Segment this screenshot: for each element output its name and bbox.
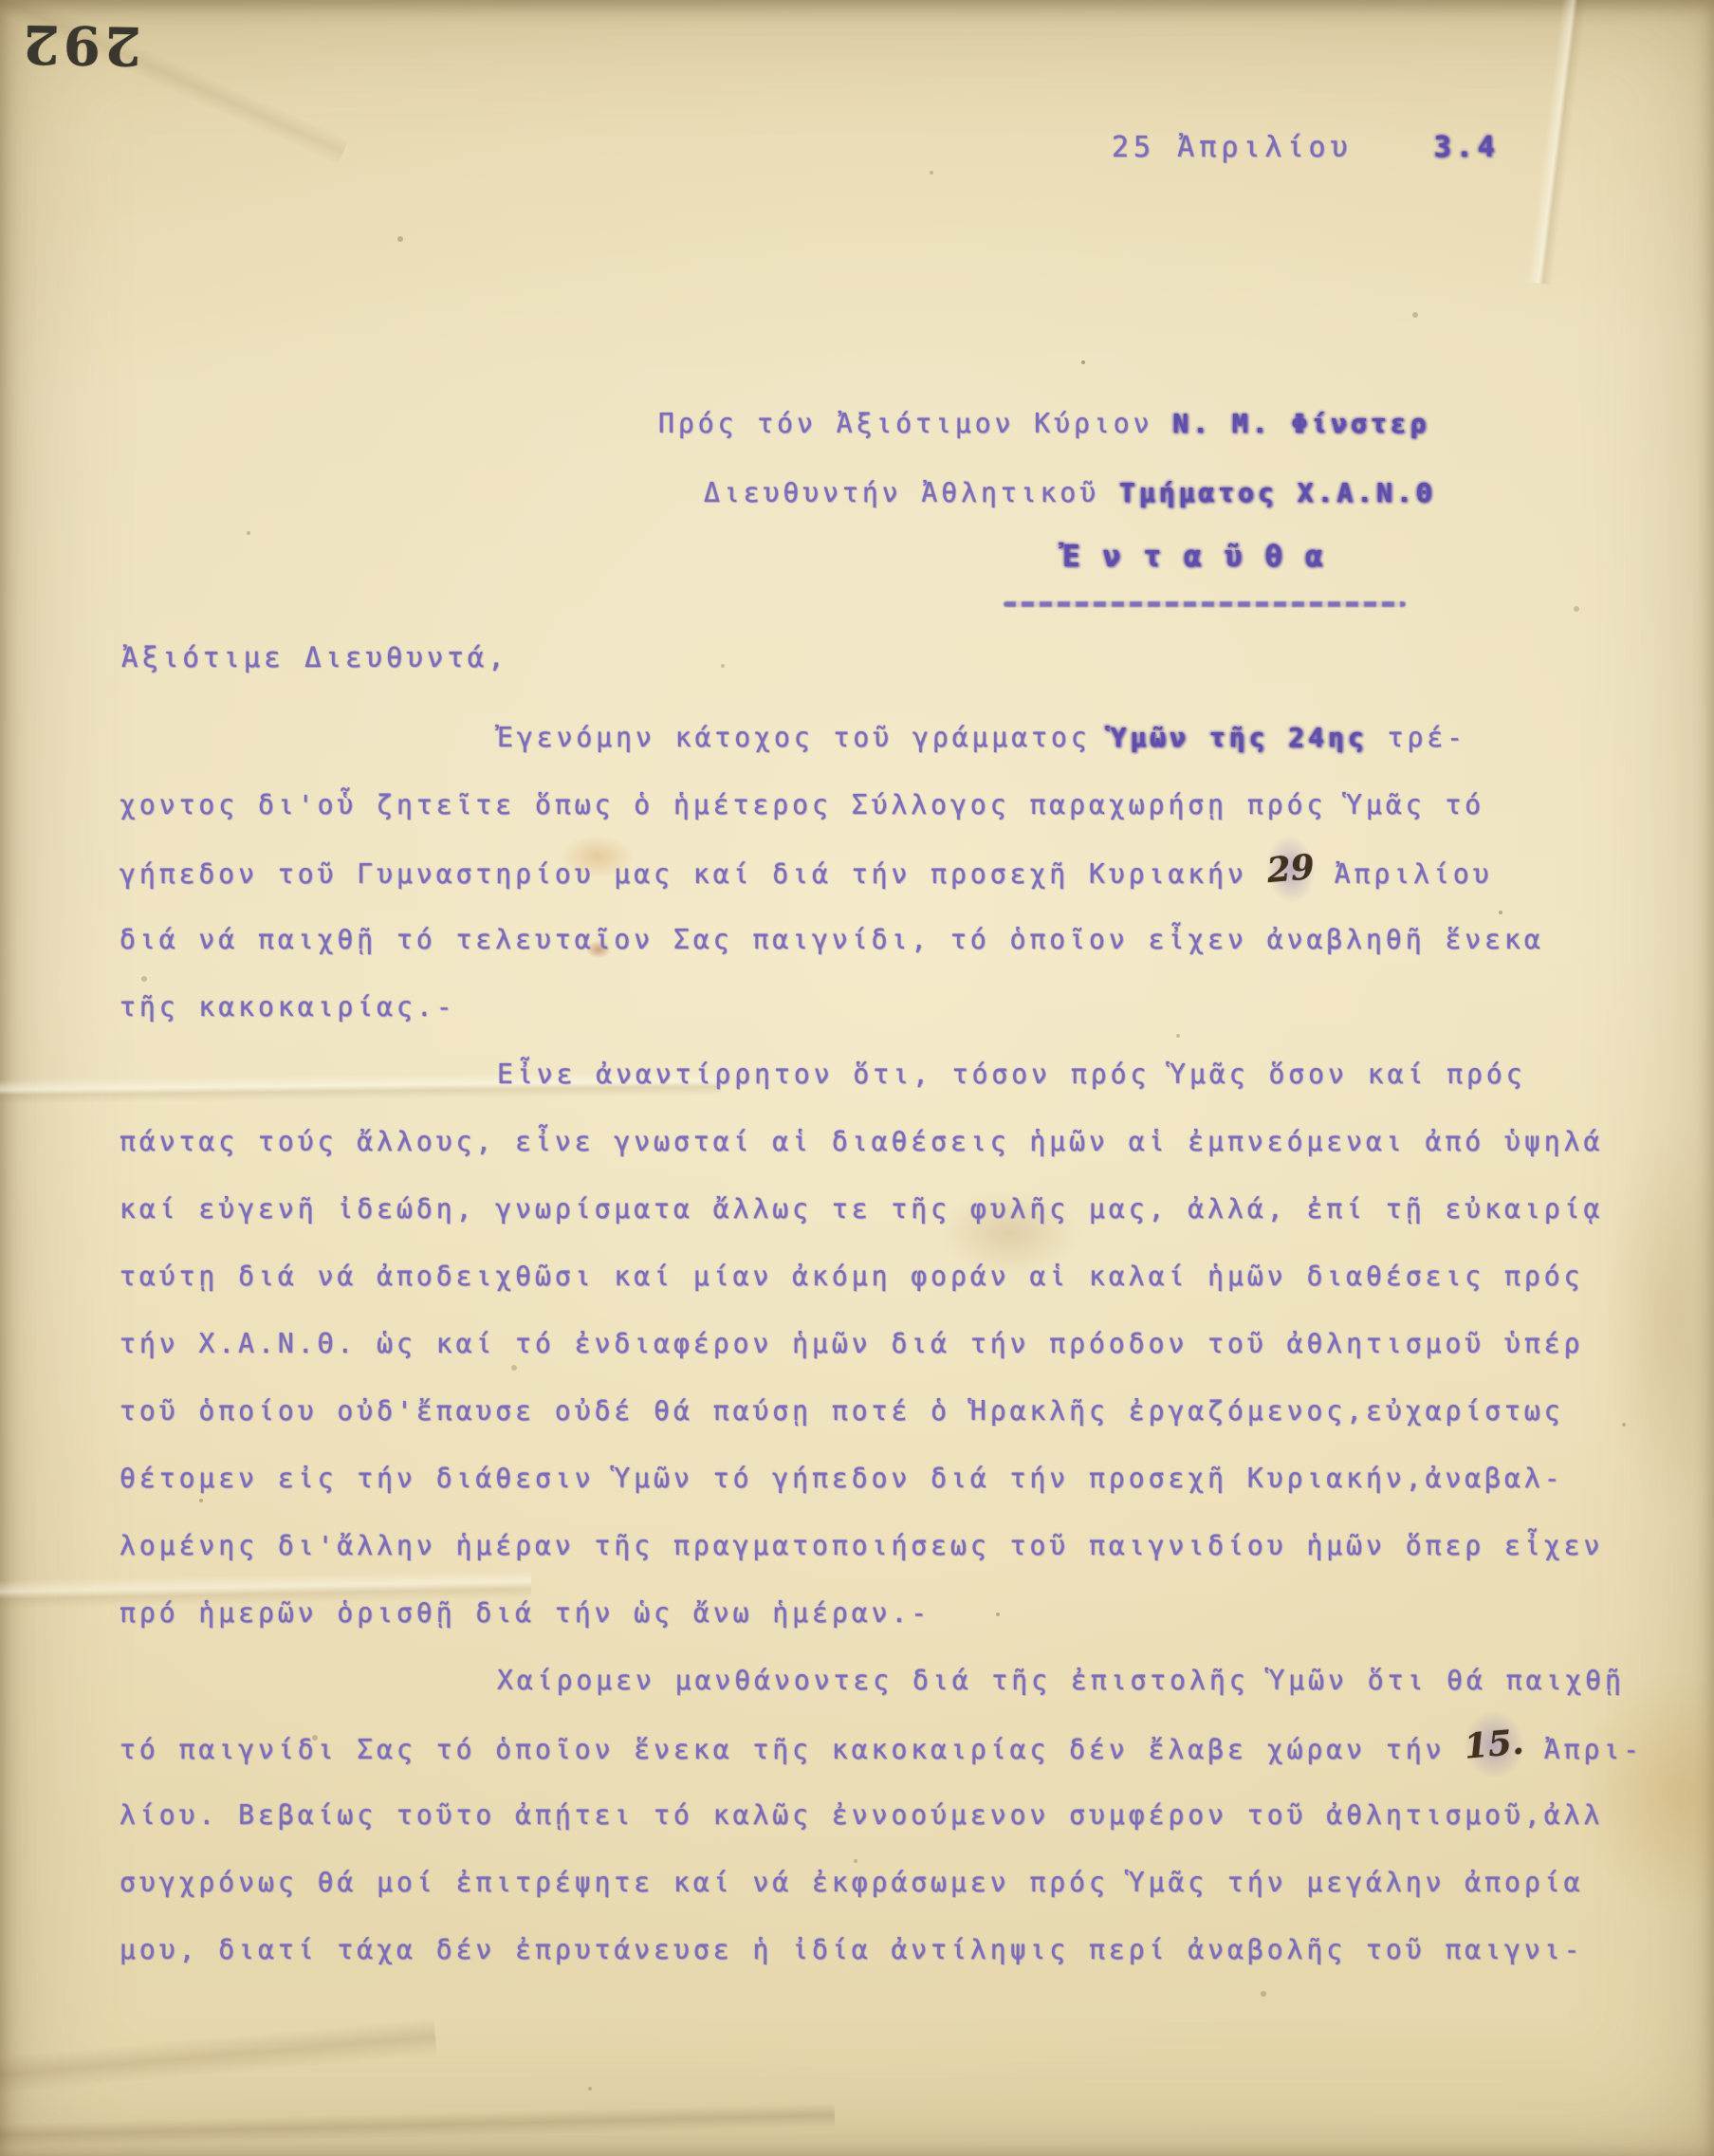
body-line: τῆς κακοκαιρίας.- xyxy=(120,973,1683,1041)
body-text-segment: λομένης δι'ἄλλην ἡμέραν τῆς πραγματοποιή… xyxy=(120,1530,1603,1561)
body-text-segment: μου, διατί τάχα δέν ἐπρυτάνευσε ἡ ἰδία ἀ… xyxy=(120,1934,1583,1965)
scanned-letter-page: 292 25 Ἀπριλίου3.4 Πρός τόν Ἀξιότιμον Κύ… xyxy=(0,0,1714,2156)
body-line: μου, διατί τάχα δέν ἐπρυτάνευσε ἡ ἰδία ἀ… xyxy=(120,1916,1683,1983)
body-line: Χαίρομεν μανθάνοντες διά τῆς ἐπιστολῆς Ὑ… xyxy=(120,1647,1683,1714)
body-line: πάντας τούς ἄλλους, εἶνε γνωσταί αἱ διαθ… xyxy=(120,1108,1683,1175)
body-line: τό παιγνίδι Σας τό ὁποῖον ἕνεκα τῆς κακο… xyxy=(120,1714,1683,1781)
body-line: γήπεδον τοῦ Γυμναστηρίου μας καί διά τήν… xyxy=(120,838,1683,906)
date-line: 25 Ἀπριλίου3.4 xyxy=(1112,131,1500,164)
body-text-segment: χοντος δι'οὗ ζητεῖτε ὅπως ὁ ἡμέτερος Σύλ… xyxy=(120,789,1484,820)
body-text-segment: γήπεδον τοῦ Γυμναστηρίου μας καί διά τήν… xyxy=(120,858,1267,890)
paper-crease xyxy=(0,2018,437,2098)
body-text-segment: τοῦ ὁποίου οὐδ'ἔπαυσε οὐδέ θά παύσῃ ποτέ… xyxy=(120,1395,1564,1427)
recipient-name: Ν. Μ. Φίνστερ xyxy=(1172,408,1429,439)
body-text-segment: συγχρόνως θά μοί ἐπιτρέψητε καί νά ἐκφρά… xyxy=(120,1867,1583,1898)
body-line: τοῦ ὁποίου οὐδ'ἔπαυσε οὐδέ θά παύσῃ ποτέ… xyxy=(120,1377,1683,1445)
body-text-segment: θέτομεν εἰς τήν διάθεσιν Ὑμῶν τό γήπεδον… xyxy=(120,1463,1564,1494)
body-text-segment: διά νά παιχθῇ τό τελευταῖον Σας παιγνίδι… xyxy=(120,924,1544,955)
body-text-segment: καί εὐγενῆ ἰδεώδη, γνωρίσματα ἄλλως τε τ… xyxy=(120,1193,1603,1225)
body-text-segment: πρό ἡμερῶν ὁρισθῇ διά τήν ὡς ἄνω ἡμέραν.… xyxy=(120,1597,931,1629)
paper-crease xyxy=(0,2103,835,2148)
body-line: χοντος δι'οὗ ζητεῖτε ὅπως ὁ ἡμέτερος Σύλ… xyxy=(120,771,1683,838)
recipient-organization: Τμήματος Χ.Α.Ν.Θ xyxy=(1119,477,1436,508)
body-line: διά νά παιχθῇ τό τελευταῖον Σας παιγνίδι… xyxy=(120,906,1683,973)
recipient-line-1: Πρός τόν Ἀξιότιμον Κύριον Ν. Μ. Φίνστερ xyxy=(658,408,1429,439)
body-text-segment: Χαίρομεν μανθάνοντες διά τῆς ἐπιστολῆς Ὑ… xyxy=(497,1665,1625,1696)
body-text-segment: Εἶνε ἀναντίρρητον ὅτι, τόσον πρός Ὑμᾶς ὅ… xyxy=(497,1059,1526,1090)
body-text-segment: λίου. Βεβαίως τοῦτο ἀπῄτει τό καλῶς ἐννο… xyxy=(120,1799,1603,1831)
body-text-segment: ταύτῃ διά νά ἀποδειχθῶσι καί μίαν ἀκόμη … xyxy=(120,1261,1583,1292)
recipient-line-2: Διευθυντήν Ἀθλητικοῦ Τμήματος Χ.Α.Ν.Θ xyxy=(704,477,1436,508)
overstruck-text: Ὑμῶν τῆς 24ης xyxy=(1111,722,1368,753)
handwritten-date-correction: 15. xyxy=(1462,1708,1527,1780)
paper-speckles xyxy=(0,0,4,4)
handwritten-date-correction: 29 xyxy=(1263,834,1317,905)
body-text-segment: τήν Χ.Α.Ν.Θ. ὡς καί τό ἐνδιαφέρον ἡμῶν δ… xyxy=(120,1328,1583,1359)
body-line: Ἐγενόμην κάτοχος τοῦ γράμματος Ὑμῶν τῆς … xyxy=(120,704,1683,771)
recipient-location: Ἐνταῦθα xyxy=(1062,540,1346,574)
body-line: ταύτῃ διά νά ἀποδειχθῶσι καί μίαν ἀκόμη … xyxy=(120,1243,1683,1310)
body-text-segment: πάντας τούς ἄλλους, εἶνε γνωσταί αἱ διαθ… xyxy=(120,1126,1603,1157)
recipient-title: Πρός τόν Ἀξιότιμον Κύριον xyxy=(658,408,1172,439)
recipient-underline xyxy=(1004,601,1406,607)
body-line: καί εὐγενῆ ἰδεώδη, γνωρίσματα ἄλλως τε τ… xyxy=(120,1175,1683,1243)
body-line: Εἶνε ἀναντίρρητον ὅτι, τόσον πρός Ὑμᾶς ὅ… xyxy=(120,1041,1683,1108)
body-line: πρό ἡμερῶν ὁρισθῇ διά τήν ὡς ἄνω ἡμέραν.… xyxy=(120,1579,1683,1647)
body-line: συγχρόνως θά μοί ἐπιτρέψητε καί νά ἐκφρά… xyxy=(120,1849,1683,1916)
archive-page-number: 292 xyxy=(18,12,141,77)
body-line: λομένης δι'ἄλλην ἡμέραν τῆς πραγματοποιή… xyxy=(120,1512,1683,1579)
body-line: θέτομεν εἰς τήν διάθεσιν Ὑμῶν τό γήπεδον… xyxy=(120,1445,1683,1512)
recipient-role: Διευθυντήν Ἀθλητικοῦ xyxy=(704,477,1119,508)
body-line: λίου. Βεβαίως τοῦτο ἀπῄτει τό καλῶς ἐννο… xyxy=(120,1781,1683,1849)
body-line: τήν Χ.Α.Ν.Θ. ὡς καί τό ἐνδιαφέρον ἡμῶν δ… xyxy=(120,1310,1683,1377)
date-year: 3.4 xyxy=(1434,131,1500,164)
body-text-segment: Ἐγενόμην κάτοχος τοῦ γράμματος xyxy=(497,722,1111,753)
body-text-segment: τό παιγνίδι Σας τό ὁποῖον ἕνεκα τῆς κακο… xyxy=(120,1734,1465,1765)
body-text-segment: τρέ- xyxy=(1368,722,1466,753)
body-text-segment: Ἀπριλίου xyxy=(1315,858,1493,890)
date-day-month: 25 Ἀπριλίου xyxy=(1112,131,1353,164)
paper-crease xyxy=(1528,0,1590,285)
letter-body: Ἐγενόμην κάτοχος τοῦ γράμματος Ὑμῶν τῆς … xyxy=(120,704,1683,1983)
body-text-segment: Ἀπρι- xyxy=(1524,1734,1643,1765)
body-text-segment: τῆς κακοκαιρίας.- xyxy=(120,991,456,1023)
salutation: Ἀξιότιμε Διευθυντά, xyxy=(121,641,508,673)
